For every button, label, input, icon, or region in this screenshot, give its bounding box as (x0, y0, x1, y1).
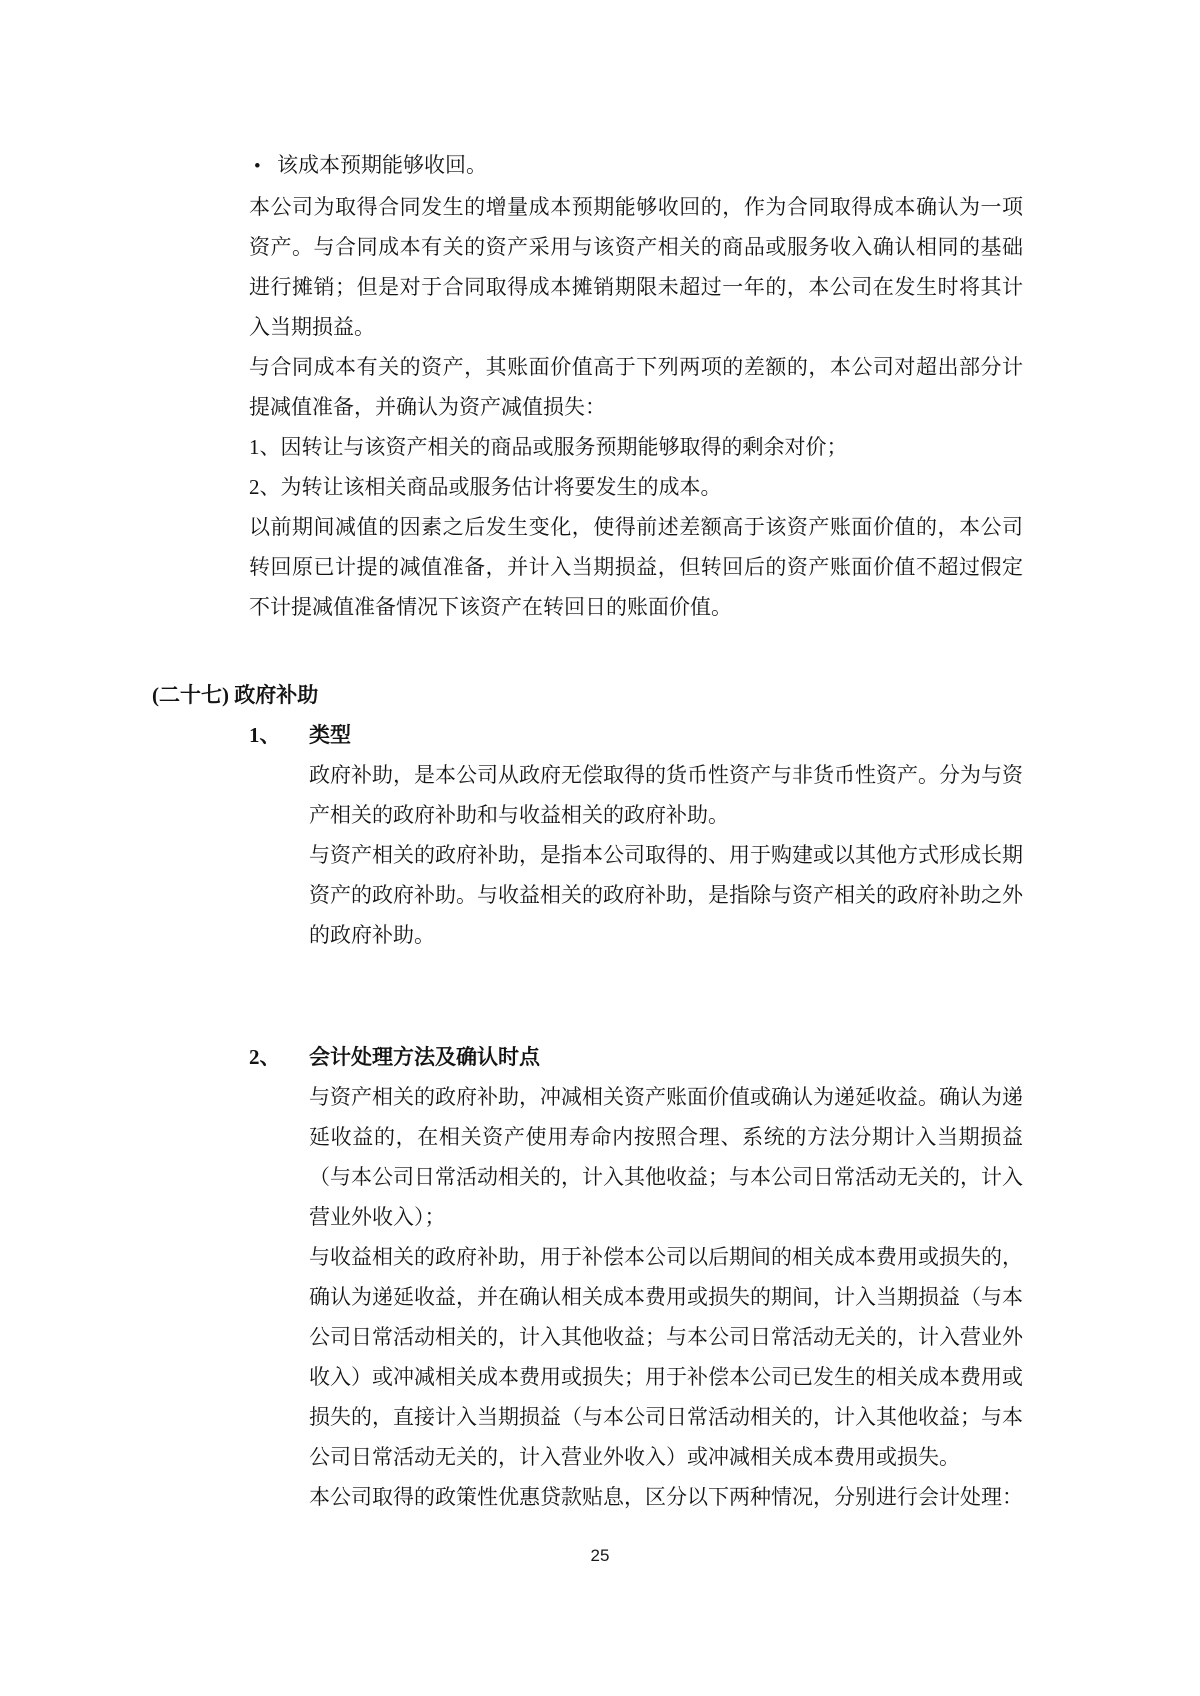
section-label: (二十七) (152, 683, 229, 707)
page-number: 25 (0, 1546, 1200, 1566)
impairment-item-2: 2、为转让该相关商品或服务估计将要发生的成本。 (249, 467, 1023, 507)
paragraph-impairment-intro: 与合同成本有关的资产，其账面价值高于下列两项的差额的，本公司对超出部分计提减值准… (249, 347, 1023, 427)
numbered-heading-1: 1、 类型 (249, 715, 1023, 755)
bullet-icon: • (249, 147, 277, 187)
paragraph-contract-cost: 本公司为取得合同发生的增量成本预期能够收回的，作为合同取得成本确认为一项资产。与… (249, 187, 1023, 347)
bullet-item: • 该成本预期能够收回。 (249, 145, 1023, 187)
impairment-item-1: 1、因转让与该资产相关的商品或服务预期能够取得的剩余对价； (249, 427, 1023, 467)
paragraph-grant-types-2: 与资产相关的政府补助，是指本公司取得的、用于购建或以其他方式形成长期资产的政府补… (309, 835, 1023, 955)
page-content: • 该成本预期能够收回。 本公司为取得合同发生的增量成本预期能够收回的，作为合同… (249, 145, 1023, 1517)
paragraph-accounting-income-grant: 与收益相关的政府补助，用于补偿本公司以后期间的相关成本费用或损失的，确认为递延收… (309, 1237, 1023, 1477)
numbered-heading-1-num: 1、 (249, 715, 309, 755)
section-heading: (二十七) 政府补助 (152, 675, 1023, 715)
numbered-heading-2-num: 2、 (249, 1037, 309, 1077)
paragraph-reversal: 以前期间减值的因素之后发生变化，使得前述差额高于该资产账面价值的，本公司转回原已… (249, 507, 1023, 627)
paragraph-accounting-asset-grant: 与资产相关的政府补助，冲减相关资产账面价值或确认为递延收益。确认为递延收益的，在… (309, 1077, 1023, 1237)
bullet-item-text: 该成本预期能够收回。 (277, 145, 487, 185)
numbered-heading-2: 2、 会计处理方法及确认时点 (249, 1037, 1023, 1077)
section-title: 政府补助 (234, 683, 318, 707)
numbered-heading-1-title: 类型 (309, 715, 351, 755)
paragraph-policy-loan-discount: 本公司取得的政策性优惠贷款贴息，区分以下两种情况，分别进行会计处理： (309, 1477, 1023, 1517)
document-page: • 该成本预期能够收回。 本公司为取得合同发生的增量成本预期能够收回的，作为合同… (0, 0, 1200, 1696)
numbered-heading-2-title: 会计处理方法及确认时点 (309, 1037, 540, 1077)
paragraph-grant-types-1: 政府补助，是本公司从政府无偿取得的货币性资产与非货币性资产。分为与资产相关的政府… (309, 755, 1023, 835)
